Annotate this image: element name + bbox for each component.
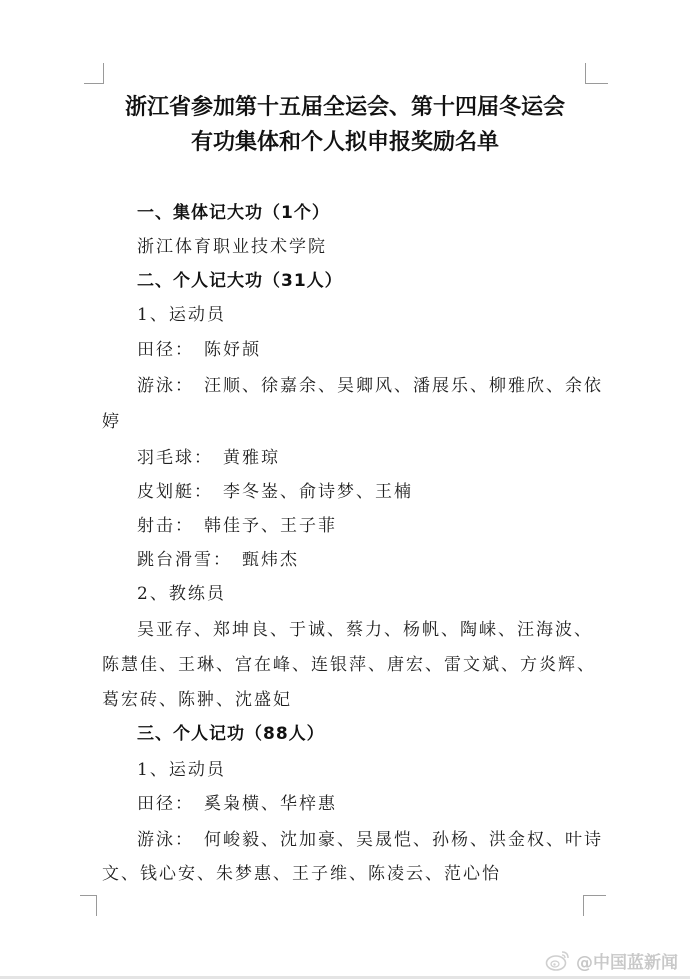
athlete-names: 韩佳予、王子菲 <box>204 516 337 536</box>
sport-label: 皮划艇： <box>137 482 213 502</box>
document-title-line-1: 浙江省参加第十五届全运会、第十四届冬运会 <box>0 90 690 121</box>
athlete-entry-athletics: 田径：奚枭横、华梓惠 <box>137 789 337 814</box>
athlete-entry-swimming: 游泳：汪顺、徐嘉余、吴卿风、潘展乐、柳雅欣、余依 <box>137 371 603 396</box>
athlete-names: 汪顺、徐嘉余、吴卿风、潘展乐、柳雅欣、余依 <box>204 376 603 396</box>
section-heading-collective-merit: 一、集体记大功（1个） <box>137 198 330 223</box>
document-page: 浙江省参加第十五届全运会、第十四届冬运会 有功集体和个人拟申报奖励名单 一、集体… <box>0 0 690 976</box>
athlete-names: 甄炜杰 <box>242 550 299 570</box>
sport-label: 跳台滑雪： <box>137 550 232 570</box>
weibo-icon <box>545 948 571 972</box>
section-heading-individual-merit: 三、个人记功（88人） <box>137 719 325 744</box>
sport-label: 游泳： <box>137 830 194 850</box>
sport-label: 游泳： <box>137 376 194 396</box>
watermark-text: @中国蓝新闻 <box>576 948 678 973</box>
crop-mark-top-left <box>84 63 104 84</box>
athlete-entry-shooting: 射击：韩佳予、王子菲 <box>137 511 337 536</box>
sport-label: 羽毛球： <box>137 448 213 468</box>
sport-label: 田径： <box>137 340 194 360</box>
section-heading-individual-major-merit: 二、个人记大功（31人） <box>137 266 343 291</box>
collective-awardee: 浙江体育职业技术学院 <box>137 232 327 257</box>
sport-label: 田径： <box>137 794 194 814</box>
subsection-label-athletes: 1、运动员 <box>137 755 226 780</box>
athlete-names: 李冬崟、俞诗梦、王楠 <box>223 482 413 502</box>
sport-label: 射击： <box>137 516 194 536</box>
athlete-names: 陈妤颉 <box>204 340 261 360</box>
athlete-entry-swimming: 游泳：何峻毅、沈加豪、吴晟恺、孙杨、洪金权、叶诗 <box>137 825 603 850</box>
athlete-names-continuation: 婷 <box>102 407 121 432</box>
athlete-names-continuation: 文、钱心安、朱梦惠、王子维、陈凌云、范心怡 <box>102 859 501 884</box>
athlete-entry-badminton: 羽毛球：黄雅琼 <box>137 443 280 468</box>
subsection-label-athletes: 1、运动员 <box>137 300 226 325</box>
coach-names-line-3: 葛宏砖、陈翀、沈盛妃 <box>102 685 292 710</box>
athlete-entry-canoe: 皮划艇：李冬崟、俞诗梦、王楠 <box>137 477 413 502</box>
crop-mark-top-right <box>585 63 608 84</box>
athlete-names: 黄雅琼 <box>223 448 280 468</box>
crop-mark-bottom-right <box>583 895 606 916</box>
source-watermark: @中国蓝新闻 <box>545 946 678 974</box>
athlete-names: 奚枭横、华梓惠 <box>204 794 337 814</box>
crop-mark-bottom-left <box>80 895 97 916</box>
athlete-entry-ski-jumping: 跳台滑雪：甄炜杰 <box>137 545 299 570</box>
athlete-names: 何峻毅、沈加豪、吴晟恺、孙杨、洪金权、叶诗 <box>204 830 603 850</box>
athlete-entry-athletics: 田径：陈妤颉 <box>137 335 261 360</box>
coach-names-line-1: 吴亚存、郑坤良、于诚、蔡力、杨帆、陶崃、汪海波、 <box>137 615 593 640</box>
coach-names-line-2: 陈慧佳、王琳、宫在峰、连银萍、唐宏、雷文斌、方炎辉、 <box>102 650 596 675</box>
subsection-label-coaches: 2、教练员 <box>137 579 226 604</box>
document-title-line-2: 有功集体和个人拟申报奖励名单 <box>0 125 690 156</box>
